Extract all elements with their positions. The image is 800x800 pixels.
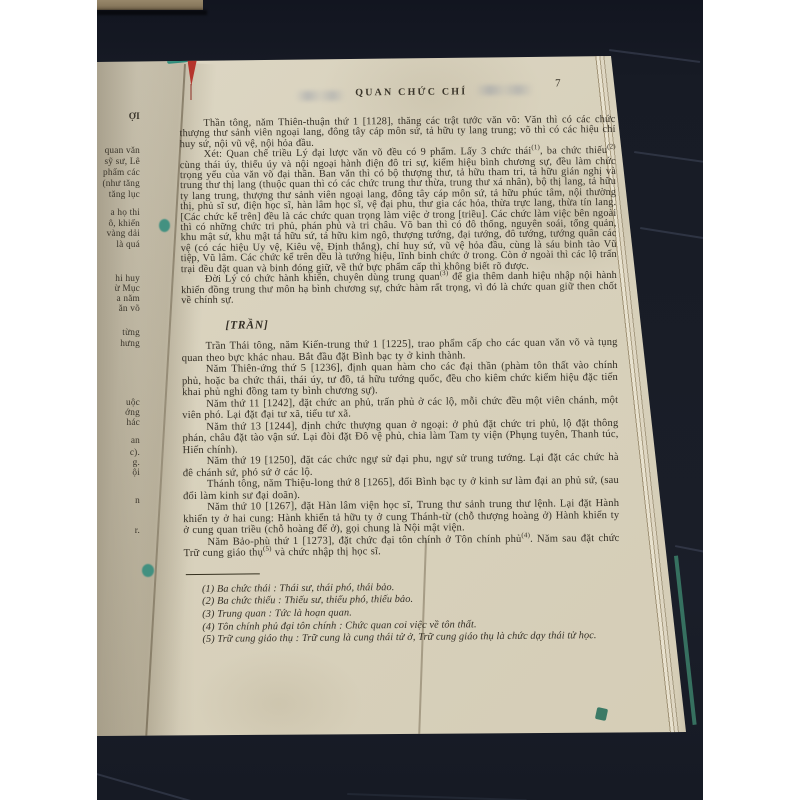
previous-page-strip: ỢIquan vănsỹ sư, Lêphẩm các(như tăngtăng… [99,0,140,760]
cutoff-text-fragment: hác [126,418,140,428]
text-block: Năm Thiên-ứng thứ 5 [1236], định quan hà… [182,360,618,399]
background-seam [609,49,700,63]
cutoff-text-fragment: r. [135,526,140,536]
cutoff-text-fragment: c). [130,448,140,458]
cutoff-text-fragment: ỢI [129,112,140,122]
cutoff-text-fragment: ội [132,468,140,478]
text-block: Đời Lý có chức hành khiển, chuyên dùng t… [181,271,617,306]
cutoff-text-fragment: phẩm các [103,168,140,178]
text-block: Năm thứ 10 [1267], đặt Hàn lâm viện học … [183,498,619,537]
cutoff-text-fragment: ừ Mục [115,284,140,294]
cutoff-text-fragment: g. [133,458,140,468]
text-block: Xét: Quan chế triều Lý đại lược văn võ đ… [180,146,617,275]
cutoff-text-fragment: hi huy [115,274,140,284]
faint-stamp [475,85,533,96]
text-block: [TRẦN] [225,316,617,332]
photo-of-book-page: { "document": { "header_title": "QUAN CH… [0,0,800,800]
cutoff-text-fragment: n [135,496,140,506]
teal-cover-spot [142,564,154,577]
book-photo: ỢIquan vănsỹ sư, Lêphẩm các(như tăngtăng… [97,0,703,800]
cutoff-text-fragment: hưng [120,339,140,349]
cutoff-text-fragment: ăn võ [119,304,140,314]
cutoff-text-fragment: tăng lục [109,190,140,200]
book-page: ỢIquan vănsỹ sư, Lêphẩm các(như tăngtăng… [97,0,703,800]
cutoff-text-fragment: an [131,436,140,446]
cutoff-text-fragment: uộc [126,398,140,408]
cutoff-text-fragment: từng [122,328,140,338]
text-block: Năm thứ 13 [1244], định chức thượng quan… [182,418,618,457]
teal-cover-spot [159,219,170,232]
page-number: 7 [555,77,561,89]
cutoff-text-fragment: a họ thi [111,208,141,218]
background-seam [675,545,703,553]
background-seam [97,772,193,800]
cutoff-text-fragment: (như tăng [102,179,140,189]
cutoff-text-fragment: ớng [125,408,140,418]
background-seam [640,227,703,239]
cutoff-text-fragment: vàng dải [107,229,140,239]
other-book-shadow [97,10,207,15]
running-header: QUAN CHỨC CHÍ [355,86,467,98]
background-seam [347,793,527,800]
other-book-edge [97,0,203,10]
cutoff-text-fragment: quan văn [105,146,140,156]
text-block: Năm Bảo-phù thứ 1 [1273], đặt chức đại t… [183,533,619,560]
cutoff-text-fragment: a năm [117,294,140,304]
cutoff-text-fragment: ô, khiến [108,219,140,229]
background-seam [634,151,703,163]
cutoff-text-fragment: là quá [116,240,140,250]
faint-stamp [295,91,345,101]
cutoff-text-fragment: sỹ sư, Lê [104,157,140,167]
text-block [186,573,260,575]
text-column: Thần tông, năm Thiên-thuận thứ 1 [1128],… [179,115,620,647]
page-content: QUAN CHỨC CHÍ 7 Thần tông, năm Thiên-thu… [178,0,621,772]
